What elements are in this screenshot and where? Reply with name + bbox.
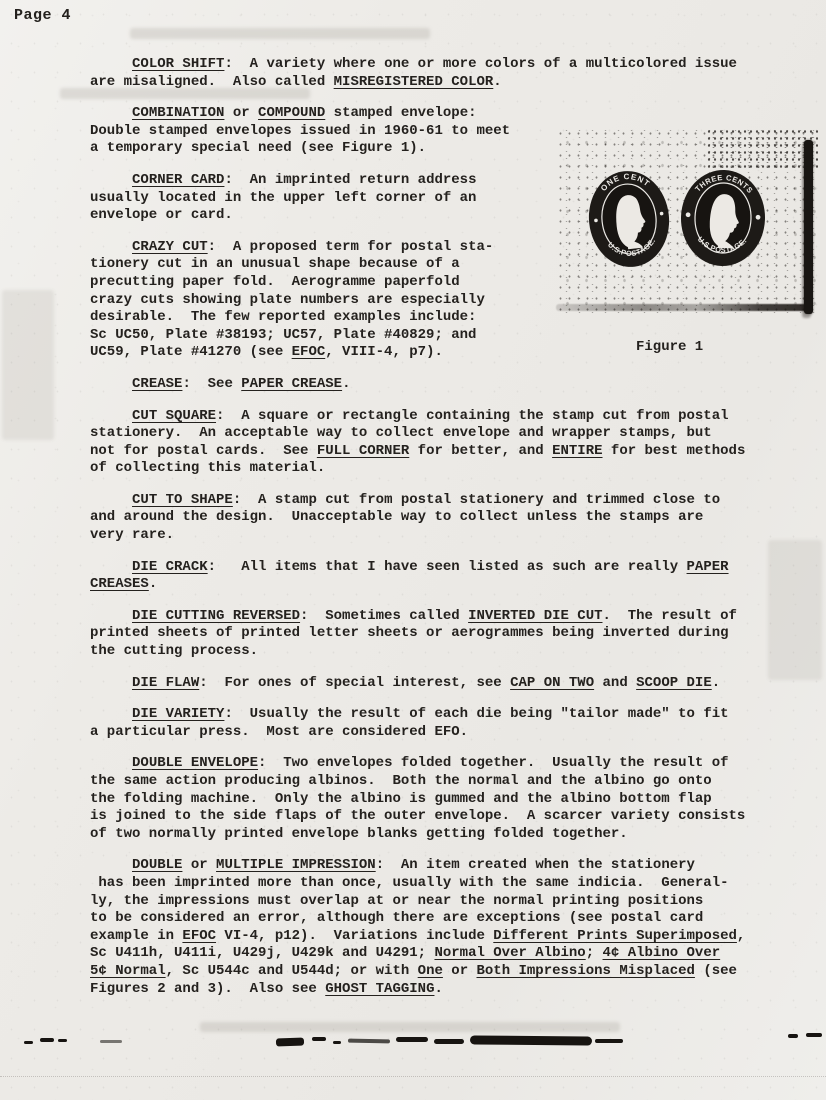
text-line: COLOR SHIFT: A variety where one or more… <box>90 56 800 74</box>
text-line: has been imprinted more than once, usual… <box>90 875 800 893</box>
bottom-smudge <box>333 1041 341 1044</box>
faint-rule <box>0 1076 826 1077</box>
text-line: DOUBLE or MULTIPLE IMPRESSION: An item c… <box>90 857 800 875</box>
one-cent-stamp-icon: ONE CENT U.S.POSTAGE. <box>577 159 682 278</box>
entry-crease: CREASE: See PAPER CREASE. <box>90 376 800 394</box>
entry-double-envelope: DOUBLE ENVELOPE: Two envelopes folded to… <box>90 755 800 843</box>
text-line: the same action producing albinos. Both … <box>90 773 800 791</box>
bottom-smudge <box>434 1039 464 1044</box>
bleedthrough-smudge <box>768 540 822 680</box>
text-line: very rare. <box>90 527 800 545</box>
entry-die-cutting-reversed: DIE CUTTING REVERSED: Sometimes called I… <box>90 608 800 661</box>
bottom-smudge <box>24 1041 33 1044</box>
text-line: to be considered an error, although ther… <box>90 910 800 928</box>
text-line: is joined to the side flaps of the outer… <box>90 808 800 826</box>
bottom-smudge <box>788 1034 798 1038</box>
entry-die-flaw: DIE FLAW: For ones of special interest, … <box>90 675 800 693</box>
photocopy-streak <box>556 304 812 311</box>
text-line: of two normally printed envelope blanks … <box>90 826 800 844</box>
bottom-smudge <box>58 1039 67 1042</box>
text-line: DIE VARIETY: Usually the result of each … <box>90 706 800 724</box>
figure-1-image: ONE CENT U.S.POSTAGE. THREE CENTS U.S.PO… <box>556 128 818 316</box>
text-line: COMBINATION or COMPOUND stamped envelope… <box>90 105 800 123</box>
bottom-smudge <box>276 1038 304 1047</box>
text-line: a particular press. Most are considered … <box>90 724 800 742</box>
photocopy-edge-bar <box>804 140 813 314</box>
three-cents-stamp-icon: THREE CENTS U.S.POSTAGE. <box>672 161 774 274</box>
page-number-label: Page 4 <box>14 7 71 24</box>
text-line: 5¢ Normal, Sc U544c and U544d; or with O… <box>90 963 800 981</box>
bleedthrough-smudge <box>130 28 430 39</box>
text-line: DIE FLAW: For ones of special interest, … <box>90 675 800 693</box>
bottom-smudge <box>100 1040 122 1043</box>
text-line: not for postal cards. See FULL CORNER fo… <box>90 443 800 461</box>
bleedthrough-smudge <box>200 1022 620 1032</box>
entry-double-multiple-impression: DOUBLE or MULTIPLE IMPRESSION: An item c… <box>90 857 800 998</box>
text-line: CUT TO SHAPE: A stamp cut from postal st… <box>90 492 800 510</box>
text-line: of collecting this material. <box>90 460 800 478</box>
text-line: DIE CRACK: All items that I have seen li… <box>90 559 800 577</box>
bottom-smudge <box>470 1035 592 1045</box>
bottom-smudge <box>806 1033 822 1037</box>
text-line: and around the design. Unacceptable way … <box>90 509 800 527</box>
text-line: Sc U411h, U411i, U429j, U429k and U4291;… <box>90 945 800 963</box>
entry-die-variety: DIE VARIETY: Usually the result of each … <box>90 706 800 741</box>
figure-caption: Figure 1 <box>636 339 703 355</box>
entry-die-crack: DIE CRACK: All items that I have seen li… <box>90 559 800 594</box>
text-line: ly, the impressions must overlap at or n… <box>90 893 800 911</box>
text-line: example in EFOC VI-4, p12). Variations i… <box>90 928 800 946</box>
entry-cut-to-shape: CUT TO SHAPE: A stamp cut from postal st… <box>90 492 800 545</box>
text-line: DOUBLE ENVELOPE: Two envelopes folded to… <box>90 755 800 773</box>
entry-color-shift: COLOR SHIFT: A variety where one or more… <box>90 56 800 91</box>
text-line: the cutting process. <box>90 643 800 661</box>
text-line: CREASE: See PAPER CREASE. <box>90 376 800 394</box>
document-page: Page 4 COLOR SHIFT: A variety where one … <box>0 0 826 1100</box>
bottom-smudge <box>348 1039 390 1044</box>
text-line: stationery. An acceptable way to collect… <box>90 425 800 443</box>
bottom-smudge <box>40 1038 54 1042</box>
text-line: CREASES. <box>90 576 800 594</box>
bottom-smudge <box>312 1037 326 1041</box>
bleedthrough-smudge <box>2 290 54 440</box>
text-line: CUT SQUARE: A square or rectangle contai… <box>90 408 800 426</box>
bottom-smudge <box>396 1037 428 1042</box>
text-line: the folding machine. Only the albino is … <box>90 791 800 809</box>
text-line: Figures 2 and 3). Also see GHOST TAGGING… <box>90 981 800 999</box>
text-line: DIE CUTTING REVERSED: Sometimes called I… <box>90 608 800 626</box>
bottom-smudge <box>595 1039 623 1043</box>
text-line: printed sheets of printed letter sheets … <box>90 625 800 643</box>
bleedthrough-smudge <box>60 88 310 99</box>
entry-cut-square: CUT SQUARE: A square or rectangle contai… <box>90 408 800 478</box>
